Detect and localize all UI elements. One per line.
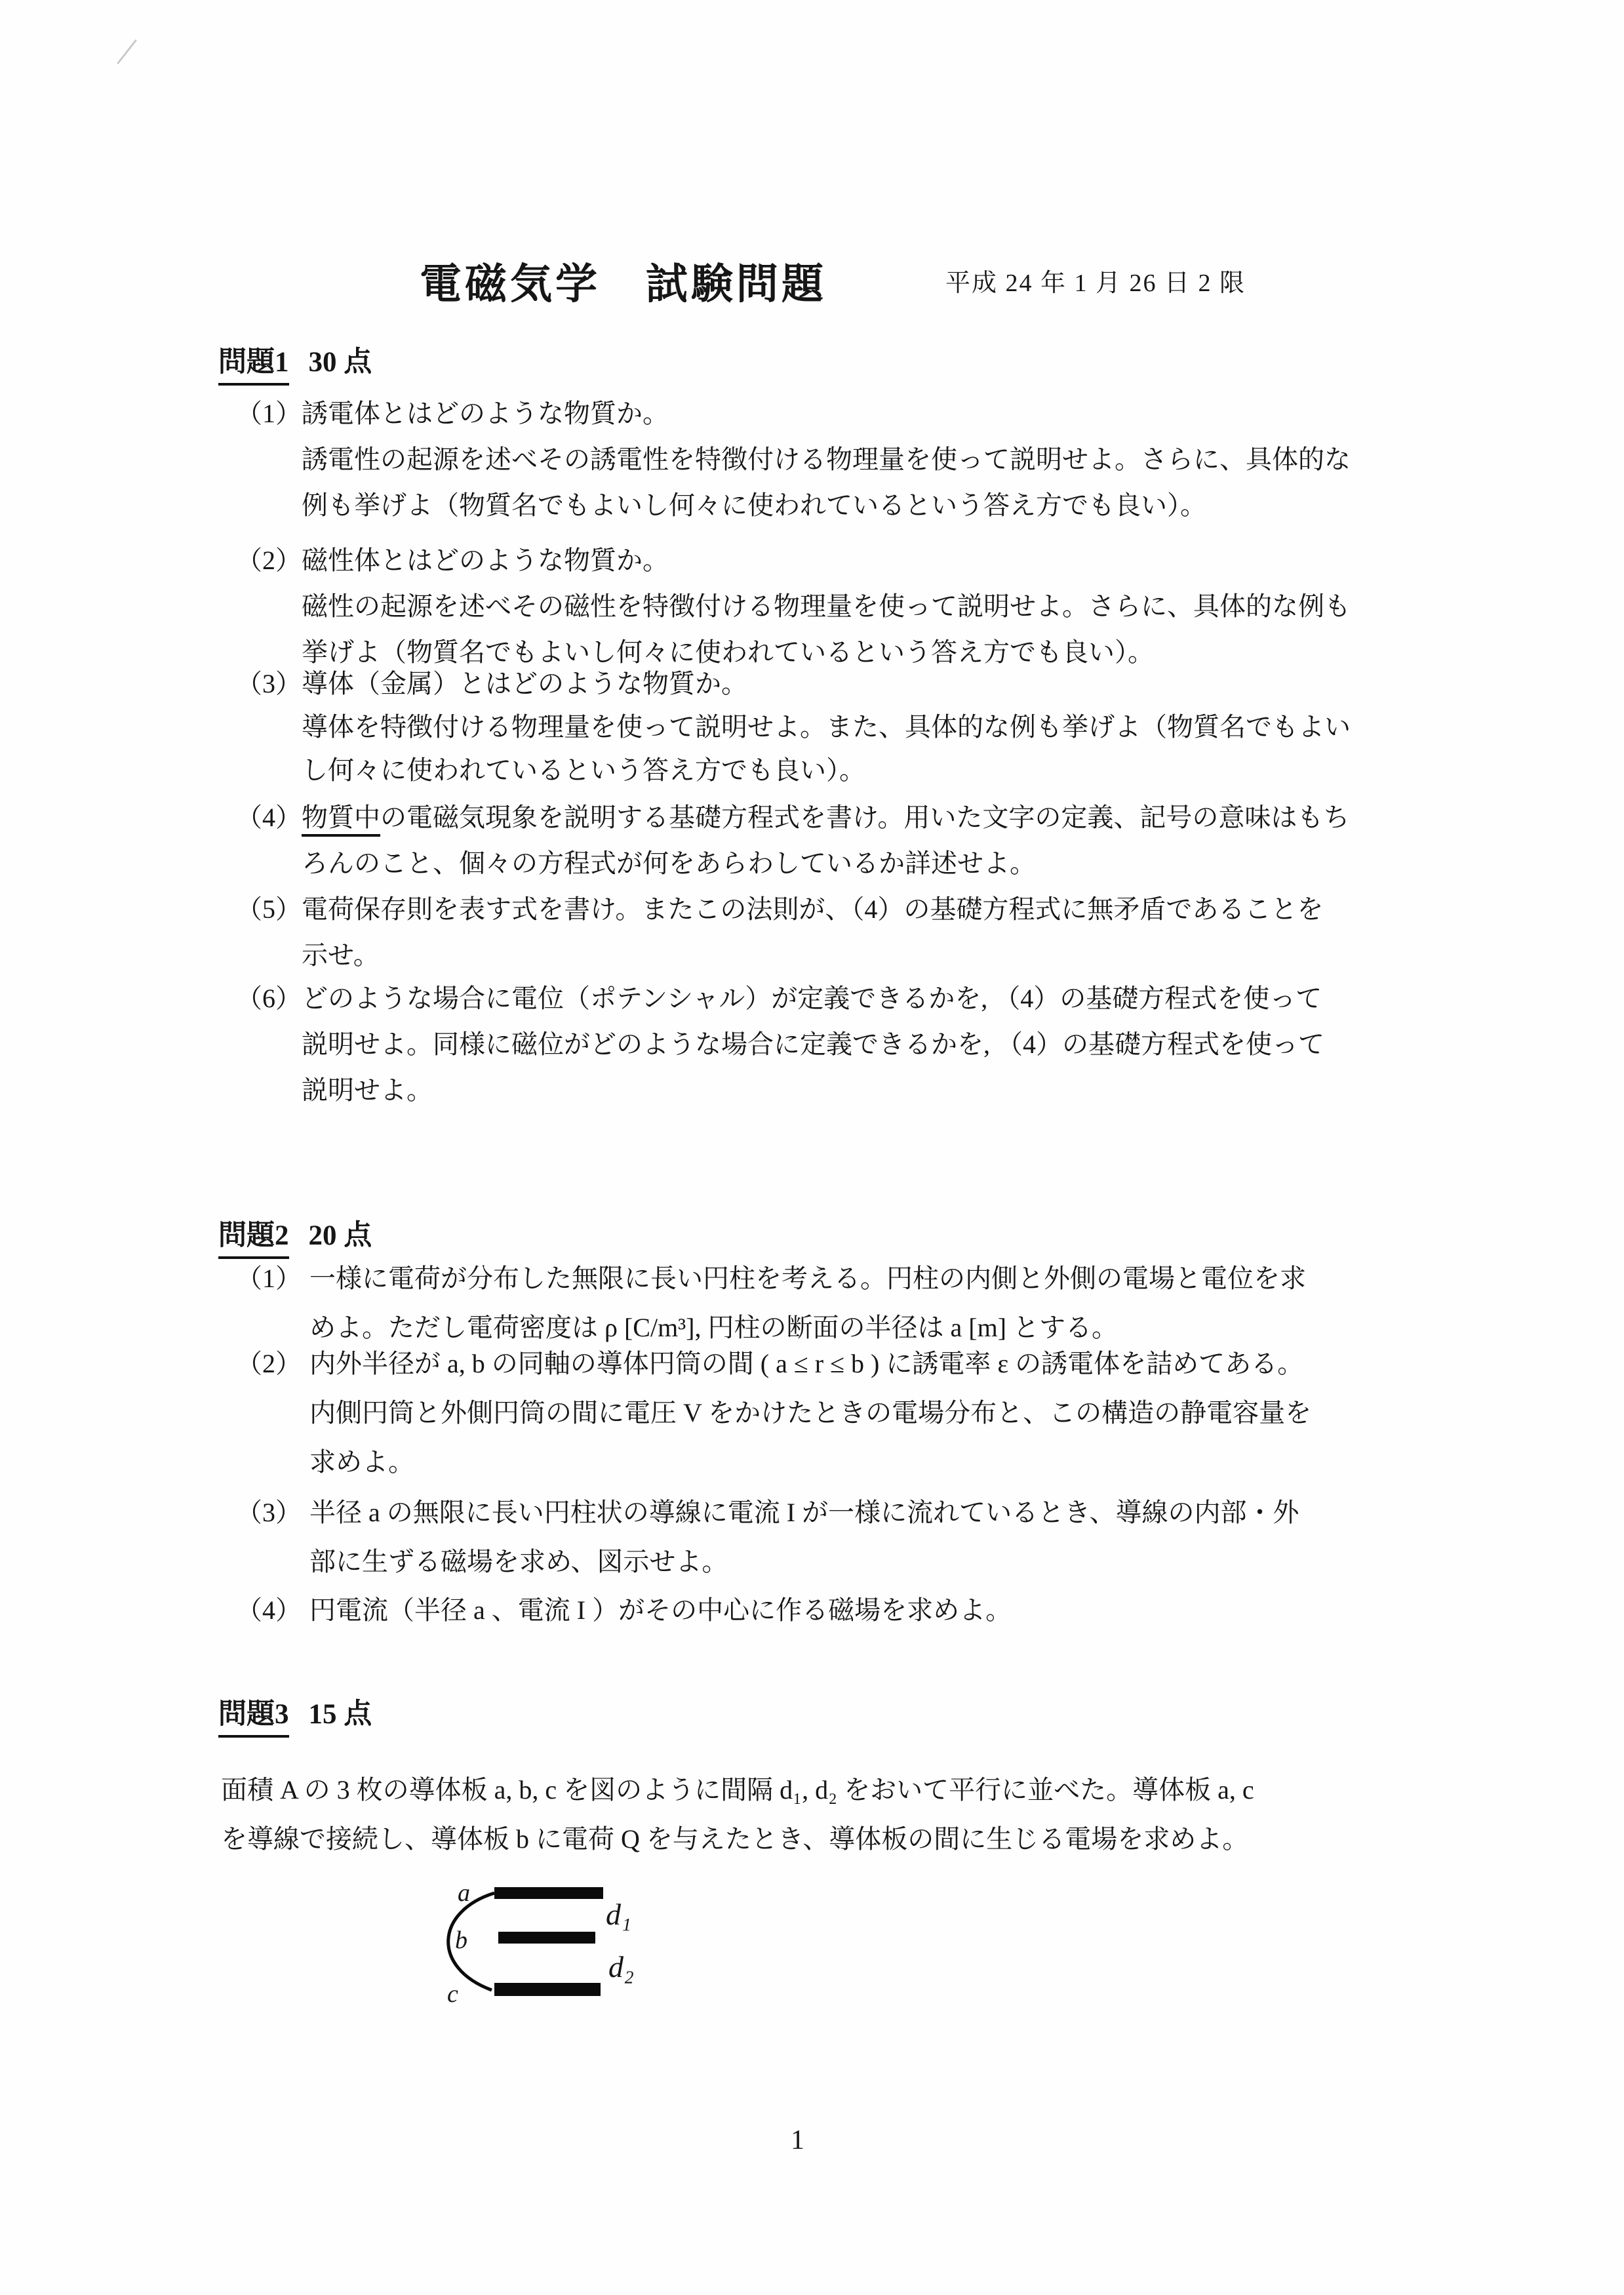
problem1-item-2: （2） 磁性体とはどのような物質か。 磁性の起源を述べその磁性を特徴付ける物理量…	[236, 538, 1351, 675]
problem3-label: 問題3	[218, 1692, 289, 1738]
item-line: 磁性体とはどのような物質か。	[302, 538, 1351, 584]
item-line: 物質中の電磁気現象を説明する基礎方程式を書け。用いた文字の定義、記号の意味はもち	[302, 795, 1349, 841]
item-line: 説明せよ。	[302, 1068, 1324, 1113]
item-number: （3）	[236, 662, 302, 706]
item-number: （4）	[236, 795, 302, 841]
item-number: （1）	[236, 1254, 302, 1303]
item-line: 一様に電荷が分布した無限に長い円柱を考える。円柱の内側と外側の電場と電位を求	[309, 1254, 1306, 1303]
item-line: し何々に使われているという答え方でも良い）。	[302, 749, 1351, 792]
item-line: 説明せよ。同様に磁位がどのような場合に定義できるかを, （4）の基礎方程式を使っ…	[302, 1022, 1324, 1068]
item-line: 求めよ。	[309, 1437, 1311, 1487]
problem1-item-4: （4） 物質中の電磁気現象を説明する基礎方程式を書け。用いた文字の定義、記号の意…	[236, 795, 1349, 887]
problem2-item-1: （1） 一様に電荷が分布した無限に長い円柱を考える。円柱の内側と外側の電場と電位…	[236, 1254, 1306, 1352]
paragraph-line: を導線で接続し、導体板 b に電荷 Q を与えたとき、導体板の間に生じる電場を求…	[221, 1814, 1254, 1864]
problem1-points: 30 点	[309, 347, 372, 378]
problem1-item-5: （5） 電荷保存則を表す式を書け。またこの法則が、（4）の基礎方程式に無矛盾であ…	[236, 887, 1323, 978]
item-number: （2）	[236, 1339, 302, 1388]
item-content: どのような場合に電位（ポテンシャル）が定義できるかを, （4）の基礎方程式を使っ…	[302, 976, 1324, 1113]
problem1-item-1: （1） 誘電体とはどのような物質か。 誘電性の起源を述べその誘電性を特徴付ける物…	[236, 391, 1351, 529]
item-line: どのような場合に電位（ポテンシャル）が定義できるかを, （4）の基礎方程式を使っ…	[302, 976, 1324, 1022]
item-content: 導体（金属）とはどのような物質か。 導体を特徴付ける物理量を使って説明せよ。また…	[302, 662, 1351, 792]
plate-c-label: c	[447, 1980, 458, 2008]
item-line: 誘電体とはどのような物質か。	[302, 391, 1351, 437]
item-line: 内外半径が a, b の同軸の導体円筒の間 ( a ≤ r ≤ b ) に誘電率…	[309, 1339, 1311, 1388]
problem1-item-6: （6） どのような場合に電位（ポテンシャル）が定義できるかを, （4）の基礎方程…	[236, 976, 1324, 1113]
item-number: （3）	[236, 1488, 302, 1537]
item-line: 示せ。	[302, 932, 1323, 978]
exam-date: 平成 24 年 1 月 26 日 2 限	[945, 262, 1246, 298]
underlined-text: 物質中	[302, 803, 380, 837]
exam-page: 電磁気学 試験問題 平成 24 年 1 月 26 日 2 限 問題130 点 （…	[0, 0, 1624, 2295]
item-number: （4）	[236, 1586, 302, 1635]
item-line: 円電流（半径 a 、電流 I ）がその中心に作る磁場を求めよ。	[309, 1586, 1012, 1635]
problem2-label: 問題2	[218, 1213, 289, 1259]
item-line: ろんのこと、個々の方程式が何をあらわしているか詳述せよ。	[302, 841, 1349, 887]
item-content: 磁性体とはどのような物質か。 磁性の起源を述べその磁性を特徴付ける物理量を使って…	[302, 538, 1351, 675]
item-content: 物質中の電磁気現象を説明する基礎方程式を書け。用いた文字の定義、記号の意味はもち…	[302, 795, 1349, 887]
item-line: 内側円筒と外側円筒の間に電圧 V をかけたときの電場分布と、この構造の静電容量を	[309, 1388, 1311, 1437]
plate-a	[494, 1887, 603, 1899]
problem2-heading: 問題220 点	[218, 1213, 372, 1259]
problem2-points: 20 点	[309, 1220, 372, 1251]
problem3-text: 面積 A の 3 枚の導体板 a, b, c を図のように間隔 d₁, d₂ を…	[221, 1765, 1254, 1864]
paragraph-line: 面積 A の 3 枚の導体板 a, b, c を図のように間隔 d₁, d₂ を…	[221, 1765, 1254, 1814]
capacitor-plates-figure: a b c d₁ d₂	[426, 1866, 688, 2026]
plate-b	[498, 1932, 595, 1944]
item-number: （5）	[236, 887, 302, 932]
item-line: 導体（金属）とはどのような物質か。	[302, 662, 1351, 706]
item-number: （1）	[236, 391, 302, 437]
item-line: 部に生ずる磁場を求め、図示せよ。	[309, 1537, 1299, 1586]
item-content: 半径 a の無限に長い円柱状の導線に電流 I が一様に流れているとき、導線の内部…	[309, 1488, 1299, 1586]
item-content: 電荷保存則を表す式を書け。またこの法則が、（4）の基礎方程式に無矛盾であることを…	[302, 887, 1323, 978]
gap-d1-label: d₁	[606, 1898, 631, 1931]
item-line: 導体を特徴付ける物理量を使って説明せよ。また、具体的な例も挙げよ（物質名でもよい	[302, 706, 1351, 749]
problem3-heading: 問題315 点	[218, 1692, 372, 1738]
gap-d2-label: d₂	[608, 1950, 634, 1984]
plate-b-label: b	[455, 1926, 467, 1954]
item-line: 半径 a の無限に長い円柱状の導線に電流 I が一様に流れているとき、導線の内部…	[309, 1488, 1299, 1537]
plate-a-label: a	[458, 1879, 470, 1907]
item-line: 誘電性の起源を述べその誘電性を特徴付ける物理量を使って説明せよ。さらに、具体的な	[302, 437, 1351, 483]
item-line: 例も挙げよ（物質名でもよいし何々に使われているという答え方でも良い）。	[302, 483, 1351, 529]
problem2-item-3: （3） 半径 a の無限に長い円柱状の導線に電流 I が一様に流れているとき、導…	[236, 1488, 1299, 1586]
problem2-item-2: （2） 内外半径が a, b の同軸の導体円筒の間 ( a ≤ r ≤ b ) …	[236, 1339, 1311, 1487]
item-number: （6）	[236, 976, 302, 1022]
problem3-points: 15 点	[309, 1699, 372, 1730]
item-number: （2）	[236, 538, 302, 584]
scan-artifact	[117, 39, 137, 64]
item-content: 内外半径が a, b の同軸の導体円筒の間 ( a ≤ r ≤ b ) に誘電率…	[309, 1339, 1311, 1487]
item-content: 円電流（半径 a 、電流 I ）がその中心に作る磁場を求めよ。	[309, 1586, 1012, 1635]
item-line-rest: の電磁気現象を説明する基礎方程式を書け。用いた文字の定義、記号の意味はもち	[380, 803, 1349, 832]
item-content: 誘電体とはどのような物質か。 誘電性の起源を述べその誘電性を特徴付ける物理量を使…	[302, 391, 1351, 529]
plate-c	[494, 1983, 601, 1996]
problem1-heading: 問題130 点	[218, 340, 372, 386]
item-content: 一様に電荷が分布した無限に長い円柱を考える。円柱の内側と外側の電場と電位を求 め…	[309, 1254, 1306, 1352]
document-title: 電磁気学 試験問題	[420, 250, 827, 311]
item-line: 電荷保存則を表す式を書け。またこの法則が、（4）の基礎方程式に無矛盾であることを	[302, 887, 1323, 932]
problem1-item-3: （3） 導体（金属）とはどのような物質か。 導体を特徴付ける物理量を使って説明せ…	[236, 662, 1351, 792]
page-number: 1	[791, 2125, 804, 2156]
problem2-item-4: （4） 円電流（半径 a 、電流 I ）がその中心に作る磁場を求めよ。	[236, 1586, 1012, 1635]
problem1-label: 問題1	[218, 340, 289, 386]
item-line: 磁性の起源を述べその磁性を特徴付ける物理量を使って説明せよ。さらに、具体的な例も	[302, 584, 1351, 629]
